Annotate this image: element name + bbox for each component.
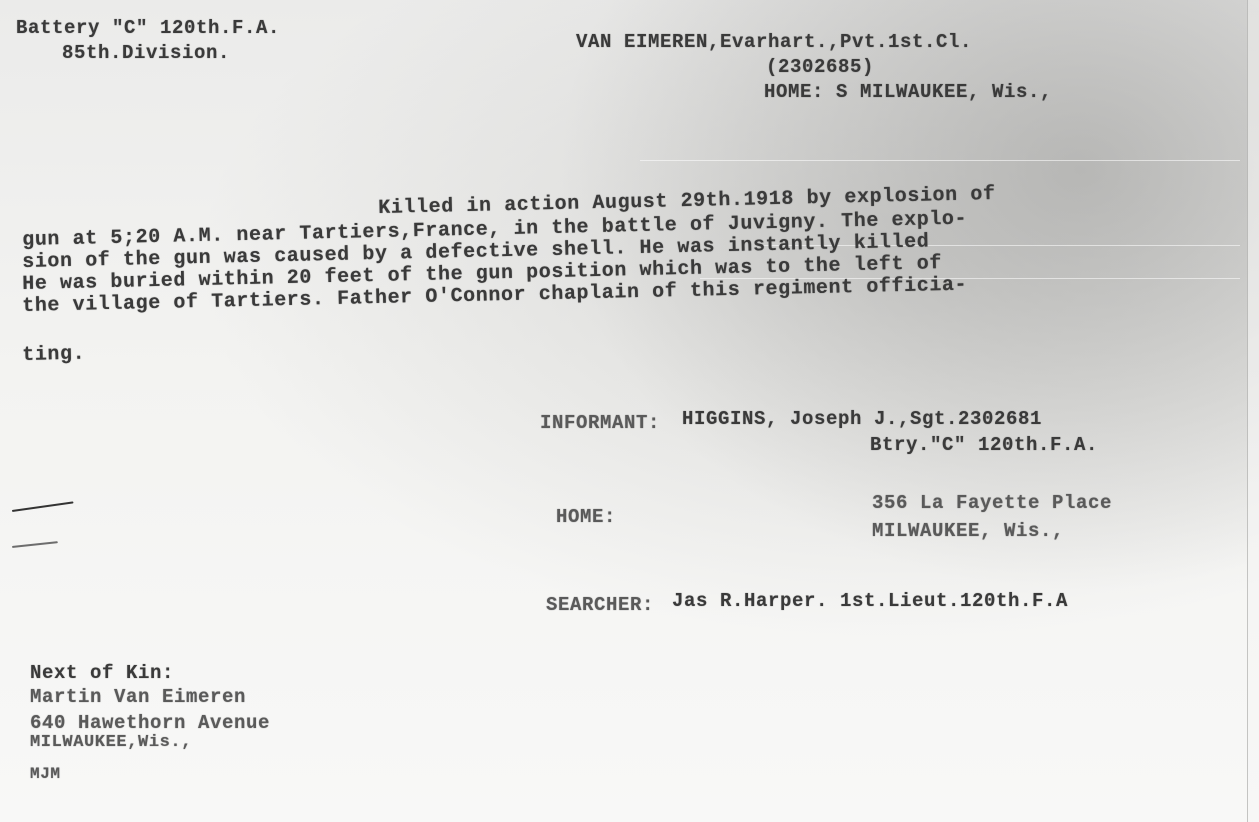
- paper-edge: [1247, 0, 1259, 822]
- soldier-serial-number: (2302685): [766, 58, 874, 77]
- soldier-name: VAN EIMEREN,Evarhart.,Pvt.1st.Cl.: [576, 33, 972, 52]
- soldier-home: HOME: S MILWAUKEE, Wis.,: [764, 83, 1052, 102]
- searcher-label: SEARCHER:: [546, 596, 654, 615]
- informant-home-label: HOME:: [556, 508, 616, 527]
- next-of-kin-label: Next of Kin:: [30, 664, 174, 683]
- next-of-kin-street: 640 Hawethorn Avenue: [30, 714, 270, 733]
- informant-name: HIGGINS, Joseph J.,Sgt.2302681: [682, 410, 1042, 429]
- informant-label: INFORMANT:: [540, 414, 660, 433]
- report-line-6: ting.: [22, 344, 85, 367]
- informant-home-street: 356 La Fayette Place: [872, 494, 1112, 513]
- next-of-kin-city: MILWAUKEE,Wis.,: [30, 734, 192, 751]
- unit-header-division: 85th.Division.: [62, 44, 230, 63]
- scan-artifact-line: [640, 160, 1240, 161]
- informant-unit: Btry."C" 120th.F.A.: [870, 436, 1098, 455]
- typist-initials: MJM: [30, 766, 61, 782]
- next-of-kin-name: Martin Van Eimeren: [30, 688, 246, 707]
- informant-home-city: MILWAUKEE, Wis.,: [872, 522, 1064, 541]
- searcher-value: Jas R.Harper. 1st.Lieut.120th.F.A: [672, 592, 1068, 611]
- unit-header-battery: Battery "C" 120th.F.A.: [16, 19, 280, 38]
